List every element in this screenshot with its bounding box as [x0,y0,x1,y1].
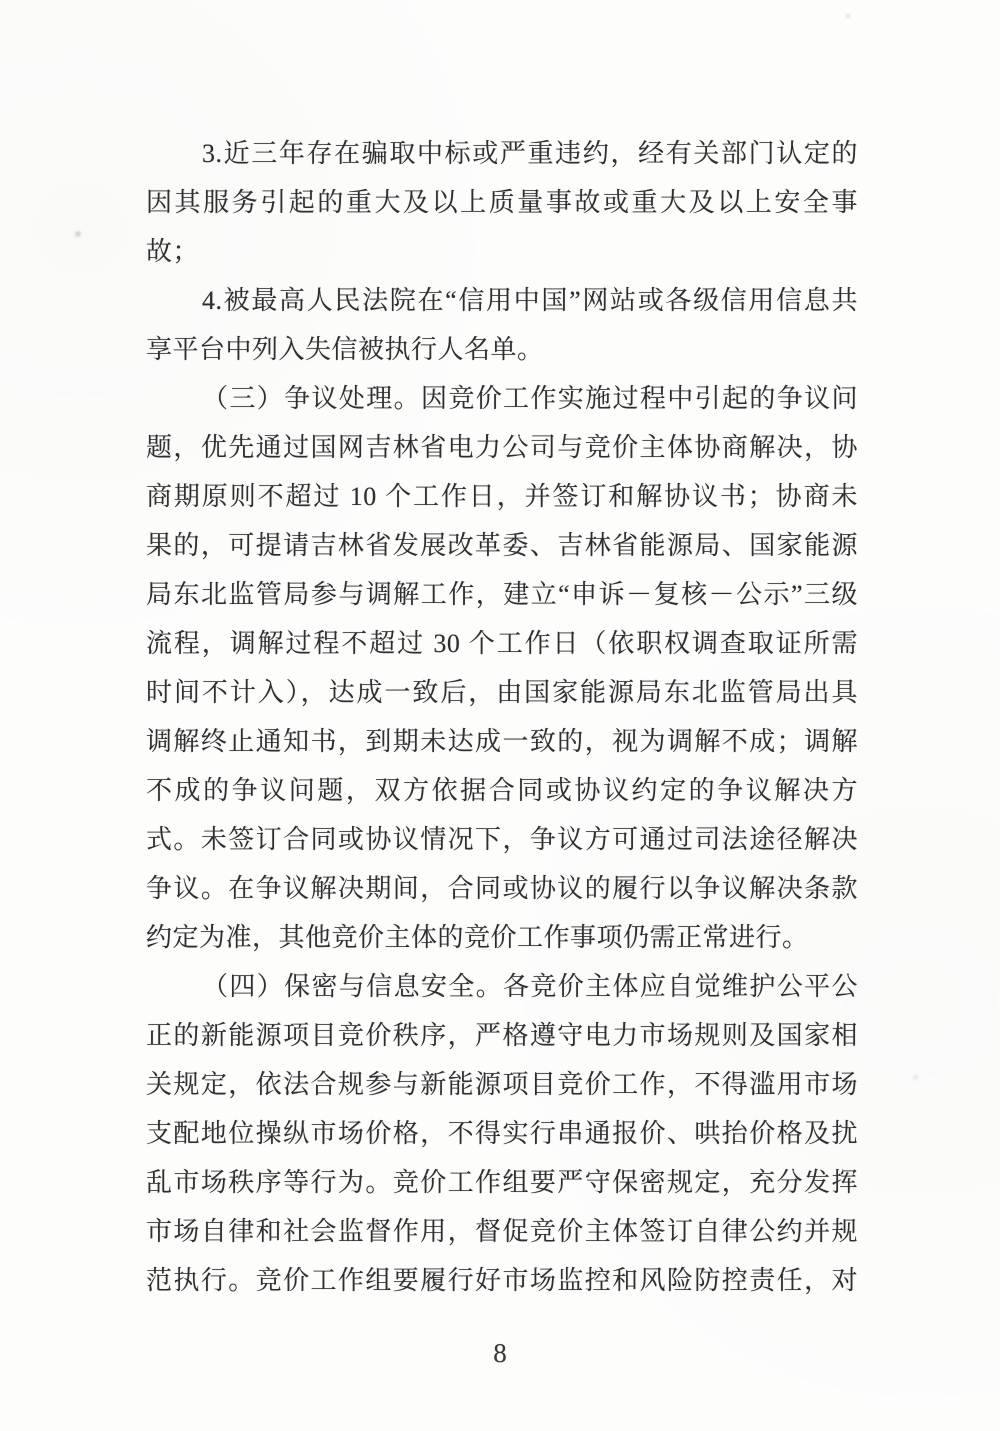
text-line: 争议。在争议解决期间，合同或协议的履行以争议解决条款 [146,864,858,913]
text-line: 式。未签订合同或协议情况下，争议方可通过司法途径解决 [146,815,858,864]
scan-speck [846,14,850,18]
page-number: 8 [0,1338,1000,1369]
text-line: 不成的争议问题，双方依据合同或协议约定的争议解决方 [146,766,858,815]
paragraph-4: （四）保密与信息安全。各竞价主体应自觉维护公平公 正的新能源项目竞价秩序，严格遵… [146,962,858,1305]
text-line: （四）保密与信息安全。各竞价主体应自觉维护公平公 [146,962,858,1011]
text-line: 正的新能源项目竞价秩序，严格遵守电力市场规则及国家相 [146,1011,858,1060]
text-line: （三）争议处理。因竞价工作实施过程中引起的争议问 [146,374,858,423]
text-line: 题，优先通过国网吉林省电力公司与竞价主体协商解决，协 [146,423,858,472]
text-line: 因其服务引起的重大及以上质量事故或重大及以上安全事 [146,178,858,227]
text-line: 市场自律和社会监督作用，督促竞价主体签订自律公约并规 [146,1207,858,1256]
text-line: 商期原则不超过 10 个工作日，并签订和解协议书；协商未 [146,472,858,521]
text-line: 关规定，依法合规参与新能源项目竞价工作，不得滥用市场 [146,1060,858,1109]
scan-speck [75,231,81,237]
text-line: 时间不计入），达成一致后，由国家能源局东北监管局出具 [146,668,858,717]
paragraph-3: （三）争议处理。因竞价工作实施过程中引起的争议问 题，优先通过国网吉林省电力公司… [146,374,858,962]
document-page: 3.近三年存在骗取中标或严重违约，经有关部门认定的 因其服务引起的重大及以上质量… [0,0,1000,1431]
text-line: 范执行。竞价工作组要履行好市场监控和风险防控责任，对 [146,1256,858,1305]
text-line: 支配地位操纵市场价格，不得实行串通报价、哄抬价格及扰 [146,1109,858,1158]
text-line: 3.近三年存在骗取中标或严重违约，经有关部门认定的 [146,129,858,178]
text-line: 乱市场秩序等行为。竞价工作组要严守保密规定，充分发挥 [146,1158,858,1207]
text-line: 4.被最高人民法院在“信用中国”网站或各级信用信息共 [146,276,858,325]
scan-speck [913,1075,918,1080]
text-line: 局东北监管局参与调解工作，建立“申诉－复核－公示”三级 [146,570,858,619]
text-line: 果的，可提请吉林省发展改革委、吉林省能源局、国家能源 [146,521,858,570]
document-body: 3.近三年存在骗取中标或严重违约，经有关部门认定的 因其服务引起的重大及以上质量… [146,129,858,1305]
text-line: 故； [146,227,858,276]
text-line: 享平台中列入失信被执行人名单。 [146,325,858,374]
text-line: 流程，调解过程不超过 30 个工作日（依职权调查取证所需 [146,619,858,668]
paragraph-1: 3.近三年存在骗取中标或严重违约，经有关部门认定的 因其服务引起的重大及以上质量… [146,129,858,276]
text-line: 约定为准，其他竞价主体的竞价工作事项仍需正常进行。 [146,913,858,962]
text-line: 调解终止通知书，到期未达成一致的，视为调解不成；调解 [146,717,858,766]
paragraph-2: 4.被最高人民法院在“信用中国”网站或各级信用信息共 享平台中列入失信被执行人名… [146,276,858,374]
